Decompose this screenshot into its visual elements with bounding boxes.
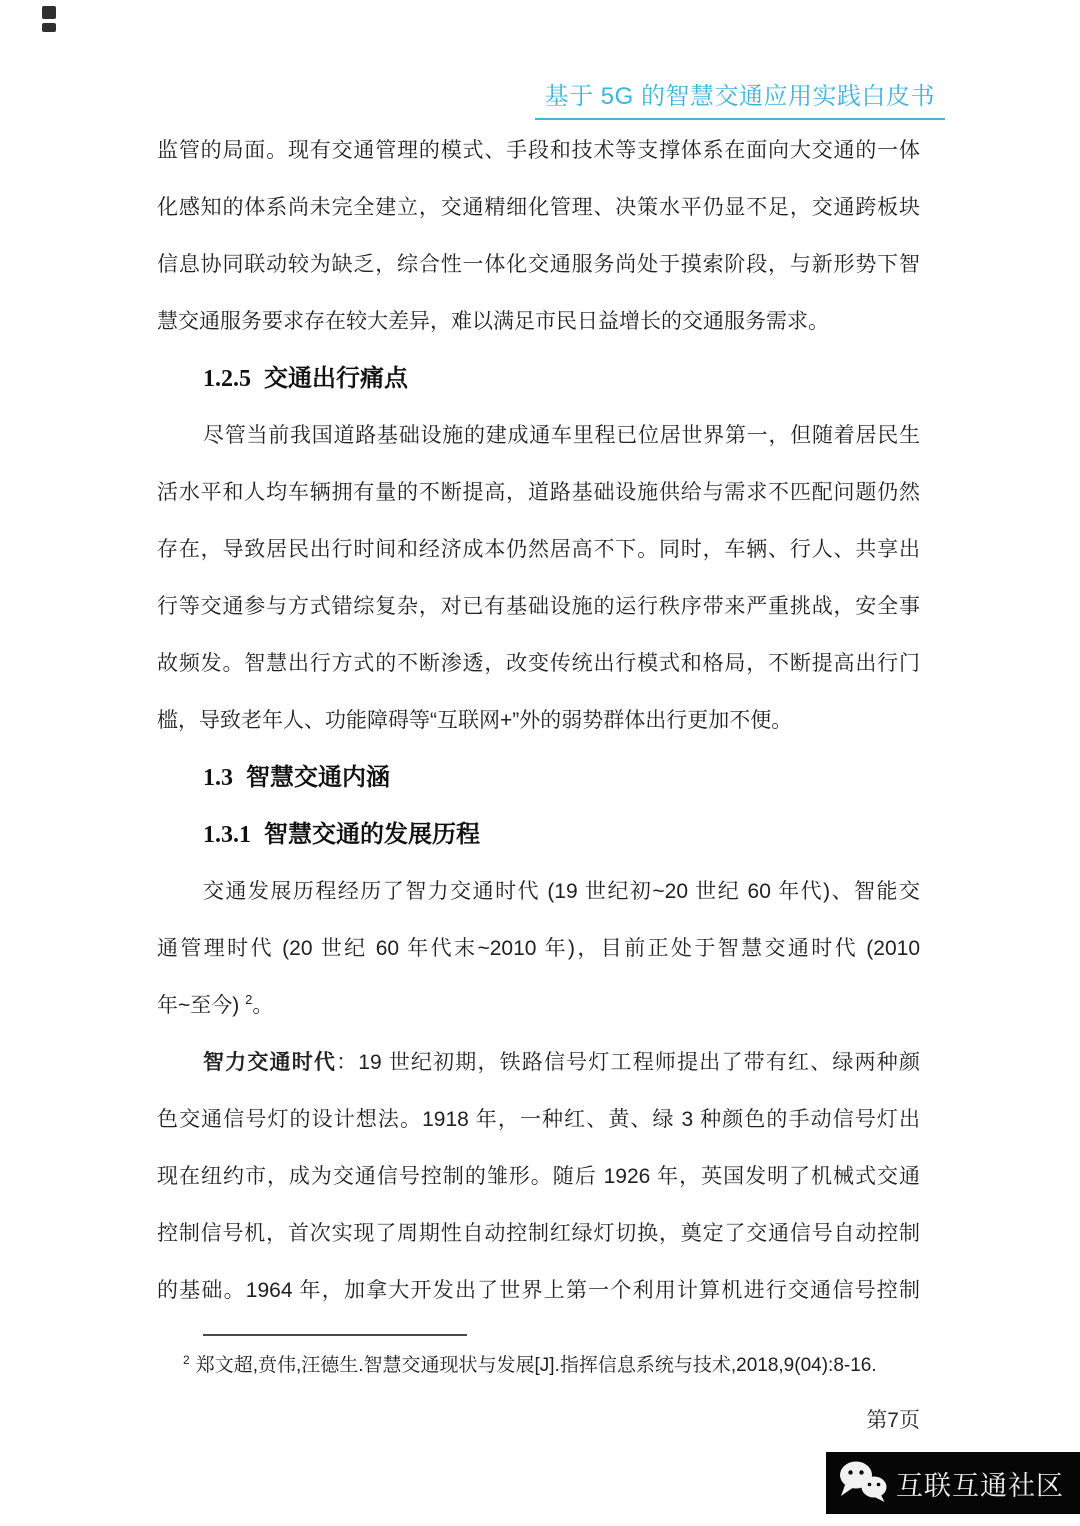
- body-text-line: 信息协同联动较为缺乏，综合性一体化交通服务尚处于摸索阶段，与新形势下智: [157, 236, 920, 293]
- body-text-line: 的基础。1964 年，加拿大开发出了世界上第一个利用计算机进行交通信号控制: [157, 1262, 920, 1319]
- section-heading: 1.3.1智慧交通的发展历程: [157, 806, 920, 863]
- body-text-line: 智力交通时代：19 世纪初期，铁路信号灯工程师提出了带有红、绿两种颜: [157, 1034, 920, 1091]
- document-header-title: 基于 5G 的智慧交通应用实践白皮书: [535, 76, 945, 120]
- section-number: 1.2.5: [203, 366, 251, 392]
- section-title: 智慧交通的发展历程: [264, 821, 480, 848]
- body-text-line: 活水平和人均车辆拥有量的不断提高，道路基础设施供给与需求不匹配问题仍然: [157, 464, 920, 521]
- section-heading: 1.3智慧交通内涵: [157, 749, 920, 806]
- document-body: 监管的局面。现有交通管理的模式、手段和技术等支撑体系在面向大交通的一体化感知的体…: [157, 122, 920, 1319]
- text-segment: 的基础。1964 年，加拿大开发出了世界上第一个利用计算机进行交通信号控制: [157, 1279, 920, 1302]
- footnote-marker: 2: [183, 1353, 190, 1367]
- body-text-line: 监管的局面。现有交通管理的模式、手段和技术等支撑体系在面向大交通的一体: [157, 122, 920, 179]
- body-text-line: 存在，导致居民出行时间和经济成本仍然居高不下。同时，车辆、行人、共享出: [157, 521, 920, 578]
- text-segment: 尽管当前我国道路基础设施的建成通车里程已位居世界第一，但随着居民生: [203, 424, 920, 447]
- corner-artifact: [42, 23, 56, 32]
- text-segment: 交通发展历程经历了智力交通时代 (19 世纪初~20 世纪 60 年代)、智能交: [203, 880, 920, 903]
- page-number: 第7页: [866, 1404, 920, 1434]
- section-title: 交通出行痛点: [264, 365, 408, 392]
- section-title: 智慧交通内涵: [246, 764, 390, 791]
- footnote: 2郑文超,贲伟,汪德生.智慧交通现状与发展[J].指挥信息系统与技术,2018,…: [183, 1350, 903, 1377]
- body-text-line: 化感知的体系尚未完全建立，交通精细化管理、决策水平仍显不足，交通跨板块: [157, 179, 920, 236]
- body-text-line: 交通发展历程经历了智力交通时代 (19 世纪初~20 世纪 60 年代)、智能交: [157, 863, 920, 920]
- text-segment: 信息协同联动较为缺乏，综合性一体化交通服务尚处于摸索阶段，与新形势下智: [157, 253, 920, 276]
- text-segment: 色交通信号灯的设计想法。1918 年，一种红、黄、绿 3 种颜色的手动信号灯出: [157, 1108, 920, 1131]
- body-text-line: 槛，导致老年人、功能障碍等“互联网+”外的弱势群体出行更加不便。: [157, 692, 920, 749]
- text-segment: 慧交通服务要求存在较大差异，难以满足市民日益增长的交通服务需求。: [157, 310, 829, 333]
- wechat-icon: [836, 1459, 888, 1508]
- body-text-line: 现在纽约市，成为交通信号控制的雏形。随后 1926 年，英国发明了机械式交通: [157, 1148, 920, 1205]
- body-text-line: 年~至今) 2。: [157, 977, 920, 1034]
- text-segment: 。: [252, 994, 273, 1017]
- text-segment: 行等交通参与方式错综复杂，对已有基础设施的运行秩序带来严重挑战，安全事: [157, 595, 920, 618]
- watermark-text: 互联互通社区: [896, 1464, 1064, 1503]
- text-segment: 现在纽约市，成为交通信号控制的雏形。随后 1926 年，英国发明了机械式交通: [157, 1165, 920, 1188]
- text-segment: 化感知的体系尚未完全建立，交通精细化管理、决策水平仍显不足，交通跨板块: [157, 196, 920, 219]
- text-segment: 槛，导致老年人、功能障碍等“互联网+”外的弱势群体出行更加不便。: [157, 709, 792, 732]
- section-heading: 1.2.5交通出行痛点: [157, 350, 920, 407]
- text-segment: 控制信号机，首次实现了周期性自动控制红绿灯切换，奠定了交通信号自动控制: [157, 1222, 920, 1245]
- document-page: 基于 5G 的智慧交通应用实践白皮书 监管的局面。现有交通管理的模式、手段和技术…: [0, 0, 1080, 1526]
- body-text-line: 色交通信号灯的设计想法。1918 年，一种红、黄、绿 3 种颜色的手动信号灯出: [157, 1091, 920, 1148]
- text-segment: 监管的局面。现有交通管理的模式、手段和技术等支撑体系在面向大交通的一体: [157, 139, 920, 162]
- body-text-line: 行等交通参与方式错综复杂，对已有基础设施的运行秩序带来严重挑战，安全事: [157, 578, 920, 635]
- corner-artifact: [42, 6, 56, 19]
- text-segment: ：19 世纪初期，铁路信号灯工程师提出了带有红、绿两种颜: [336, 1051, 920, 1074]
- text-segment: 年~至今): [157, 994, 245, 1017]
- body-text-line: 尽管当前我国道路基础设施的建成通车里程已位居世界第一，但随着居民生: [157, 407, 920, 464]
- text-segment: 智力交通时代: [203, 1051, 336, 1074]
- section-number: 1.3: [203, 765, 233, 791]
- footnote-separator: [203, 1334, 467, 1336]
- body-text-line: 控制信号机，首次实现了周期性自动控制红绿灯切换，奠定了交通信号自动控制: [157, 1205, 920, 1262]
- body-text-line: 故频发。智慧出行方式的不断渗透，改变传统出行模式和格局，不断提高出行门: [157, 635, 920, 692]
- body-text-line: 慧交通服务要求存在较大差异，难以满足市民日益增长的交通服务需求。: [157, 293, 920, 350]
- text-segment: 故频发。智慧出行方式的不断渗透，改变传统出行模式和格局，不断提高出行门: [157, 652, 920, 675]
- text-segment: 通管理时代 (20 世纪 60 年代末~2010 年)，目前正处于智慧交通时代 …: [157, 937, 920, 960]
- body-text-line: 通管理时代 (20 世纪 60 年代末~2010 年)，目前正处于智慧交通时代 …: [157, 920, 920, 977]
- footnote-text: 郑文超,贲伟,汪德生.智慧交通现状与发展[J].指挥信息系统与技术,2018,9…: [196, 1355, 877, 1376]
- section-number: 1.3.1: [203, 822, 251, 848]
- community-watermark: 互联互通社区: [826, 1452, 1080, 1514]
- text-segment: 存在，导致居民出行时间和经济成本仍然居高不下。同时，车辆、行人、共享出: [157, 538, 920, 561]
- text-segment: 活水平和人均车辆拥有量的不断提高，道路基础设施供给与需求不匹配问题仍然: [157, 481, 920, 504]
